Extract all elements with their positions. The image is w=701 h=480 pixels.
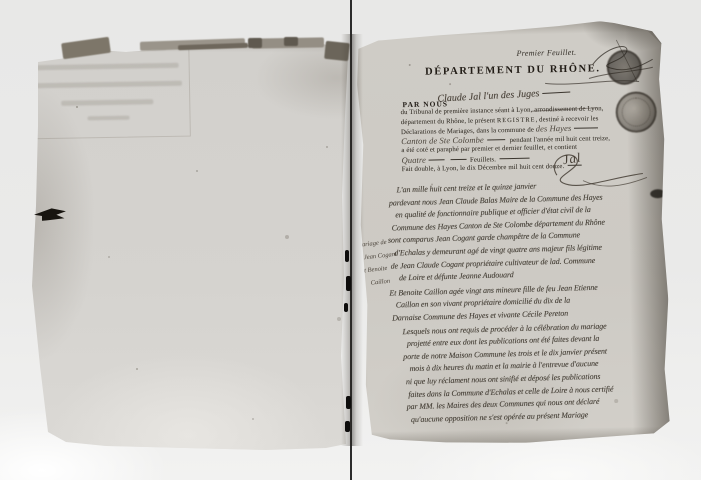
stitch-mark xyxy=(345,250,349,262)
form-text: département du Rhône, le présent xyxy=(401,117,497,126)
stitch-mark xyxy=(346,396,351,409)
bleed-through-line xyxy=(61,99,153,106)
stitch-mark xyxy=(346,276,351,291)
foxing-speckles xyxy=(76,106,78,108)
fill-line xyxy=(574,127,598,128)
feuillets-count-handwritten: Quatre xyxy=(401,154,426,164)
judge-name-handwritten: Claude Jal l'un des Juges xyxy=(437,84,622,105)
fill-line xyxy=(429,159,445,160)
bleed-through-line xyxy=(32,81,182,89)
bleed-through-line xyxy=(35,63,179,71)
stitch-mark xyxy=(344,303,348,312)
act-line: Darnaise Commune des Hayes et vivante Cé… xyxy=(392,308,568,322)
signature-flourish-icon xyxy=(542,145,653,189)
judge-name-text: Claude Jal l'un des Juges xyxy=(437,88,540,105)
fill-line xyxy=(451,158,467,159)
feuillets-label: Feuillets. xyxy=(470,156,496,164)
act-line: de Jean Claude Cogant propriétaire culti… xyxy=(391,255,596,270)
registre-word: REGISTRE xyxy=(497,116,536,124)
folio-label: Premier Feuillet. xyxy=(516,48,576,58)
act-line: qu'aucune opposition ne s'est opérée au … xyxy=(411,410,588,424)
act-line: en qualité de fonctionnaire publique et … xyxy=(395,205,591,219)
act-line: mois à dix heures du matin et la mairie … xyxy=(409,359,598,373)
torn-edge-fragment xyxy=(284,37,298,46)
act-line: projetté entre eux dont les publications… xyxy=(407,334,600,348)
fill-line xyxy=(487,139,505,140)
foxing-speckles xyxy=(409,64,411,66)
act-line: Caillon en son vivant propriétaire domic… xyxy=(396,296,571,310)
act-line: par MM. les Maires des deux Communes qui… xyxy=(407,397,600,411)
bleed-through-line xyxy=(88,116,130,121)
act-line: ni que luy réclament nous ont sinifié et… xyxy=(406,372,601,386)
act-line: L'an mille huit cent treize et le quinze… xyxy=(396,181,536,194)
stitch-mark xyxy=(345,421,350,432)
ink-blob xyxy=(650,189,665,198)
fill-line xyxy=(542,91,570,94)
left-page xyxy=(26,36,350,452)
form-text: , destiné à recevoir les xyxy=(535,115,598,123)
act-body: L'an mille huit cent treize et le quinze… xyxy=(382,18,670,26)
registry-scan: { "palette": { "background": "#e9e9e8", … xyxy=(0,0,701,480)
act-line: sont comparus Jean Cogant garde champêtr… xyxy=(388,231,580,245)
act-line: de Loire et défunte Jeanne Audouard xyxy=(399,270,514,282)
gutter-shadow xyxy=(341,34,363,446)
commune-handwritten: des Hayes xyxy=(536,123,572,134)
form-text: Fait double, à Lyon, le dix Décembre mil… xyxy=(402,163,565,173)
fill-line xyxy=(499,157,529,159)
torn-edge-fragment xyxy=(248,38,262,48)
right-page: Premier Feuillet. DÉPARTEMENT DU RHÔNE. … xyxy=(348,19,678,449)
